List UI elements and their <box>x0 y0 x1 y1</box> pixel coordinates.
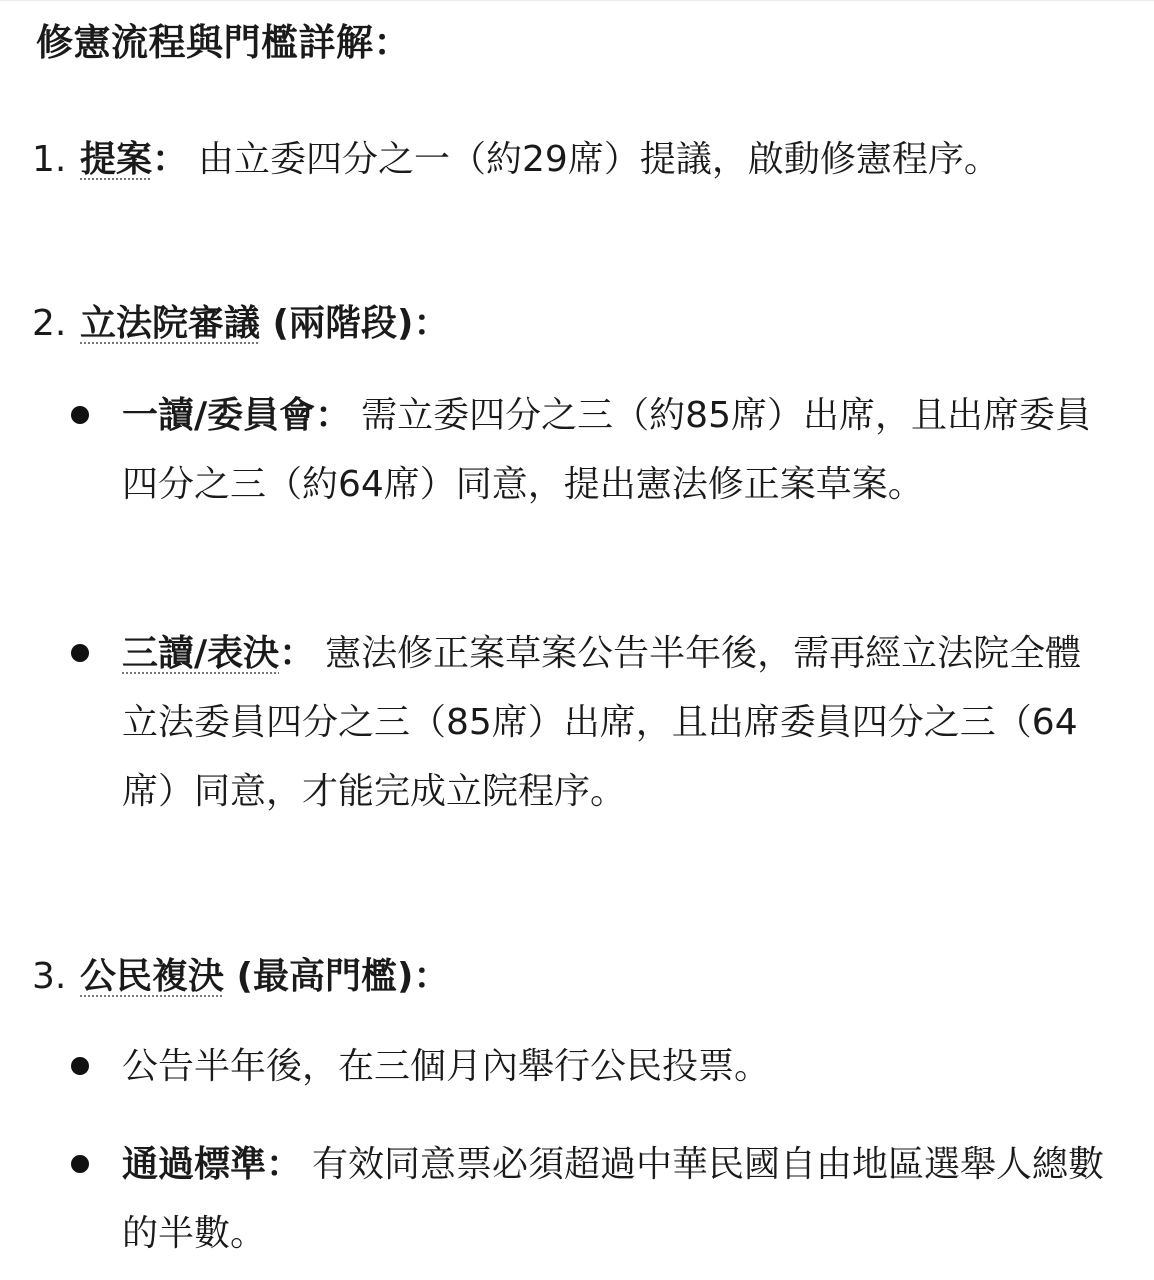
term-passing-standard: 通過標準 <box>122 1144 266 1185</box>
list-number: 3. <box>32 942 66 1011</box>
colon: ： <box>315 395 351 436</box>
bullet-icon <box>71 406 89 424</box>
term-first-reading: 一讀/委員會 <box>122 395 315 436</box>
colon: ： <box>413 303 449 344</box>
qualifier: (最高門檻) <box>224 956 413 997</box>
term-link-proposal[interactable]: 提案 <box>80 139 152 180</box>
colon: ： <box>266 1144 302 1185</box>
bullet-icon <box>71 644 89 662</box>
colon: ： <box>413 956 449 997</box>
term-link-legislative-review[interactable]: 立法院審議 <box>80 303 260 344</box>
bullet-icon <box>71 1155 89 1173</box>
description: 公告半年後，在三個月內舉行公民投票。 <box>122 1046 770 1087</box>
description: 由立委四分之一（約29席）提議，啟動修憲程序。 <box>198 139 1000 180</box>
qualifier: (兩階段) <box>260 303 413 344</box>
list-number: 1. <box>32 125 66 194</box>
sub-list-item-body: 公告半年後，在三個月內舉行公民投票。 <box>122 1032 1112 1101</box>
term-link-third-reading[interactable]: 三讀/表決 <box>122 633 279 674</box>
term-link-referendum[interactable]: 公民複決 <box>80 956 224 997</box>
colon: ： <box>152 139 188 180</box>
list-item-body: 立法院審議 (兩階段)： <box>80 289 1125 358</box>
sub-list-item-body: 三讀/表決：憲法修正案草案公告半年後，需再經立法院全體立法委員四分之三（85席）… <box>122 619 1112 826</box>
list-item-body: 提案：由立委四分之一（約29席）提議，啟動修憲程序。 <box>80 125 1125 194</box>
bullet-icon <box>71 1057 89 1075</box>
sub-list-item-body: 一讀/委員會：需立委四分之三（約85席）出席，且出席委員四分之三（約64席）同意… <box>122 381 1112 519</box>
list-number: 2. <box>32 289 66 358</box>
sub-list-item-body: 通過標準：有效同意票必須超過中華民國自由地區選舉人總數的半數。 <box>122 1130 1112 1268</box>
colon: ： <box>279 633 315 674</box>
page-title: 修憲流程與門檻詳解： <box>36 15 411 71</box>
list-item-body: 公民複決 (最高門檻)： <box>80 942 1125 1011</box>
